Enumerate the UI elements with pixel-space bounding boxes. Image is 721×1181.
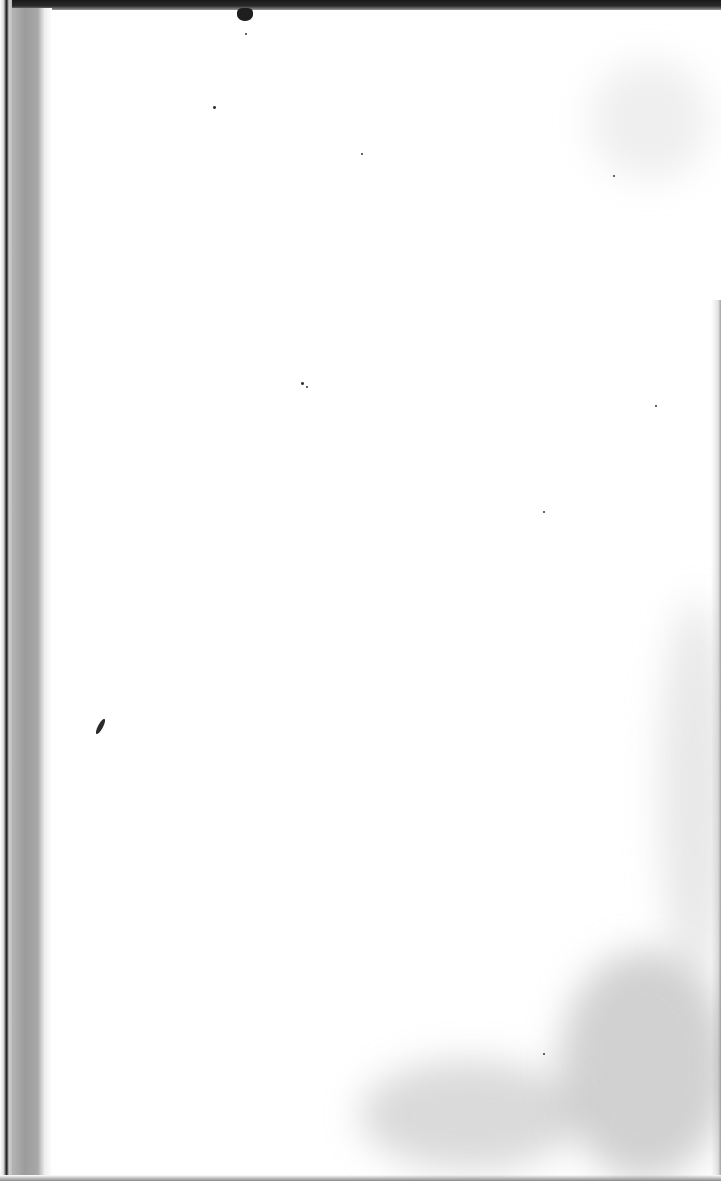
paper-stain bbox=[560, 950, 721, 1180]
ink-blot bbox=[237, 8, 253, 21]
ink-speck bbox=[213, 106, 216, 109]
book-gutter-shadow bbox=[12, 8, 44, 1181]
ink-smudge bbox=[94, 718, 106, 735]
paper-stain bbox=[660, 600, 721, 980]
ink-speck bbox=[655, 405, 657, 407]
ink-speck bbox=[306, 386, 308, 388]
page-bottom-edge bbox=[0, 1175, 721, 1181]
ink-speck bbox=[543, 511, 545, 513]
paper-stain bbox=[360, 1060, 580, 1170]
ink-speck bbox=[245, 33, 247, 35]
blank-scanned-page bbox=[0, 0, 721, 1181]
ink-speck bbox=[543, 1053, 545, 1055]
gutter-fade bbox=[44, 8, 52, 1181]
paper-stain bbox=[590, 60, 710, 180]
ink-speck bbox=[613, 175, 615, 177]
page-top-edge bbox=[0, 0, 721, 10]
ink-speck bbox=[361, 153, 363, 155]
ink-speck bbox=[301, 382, 304, 385]
page-outer-edge bbox=[0, 0, 12, 1181]
